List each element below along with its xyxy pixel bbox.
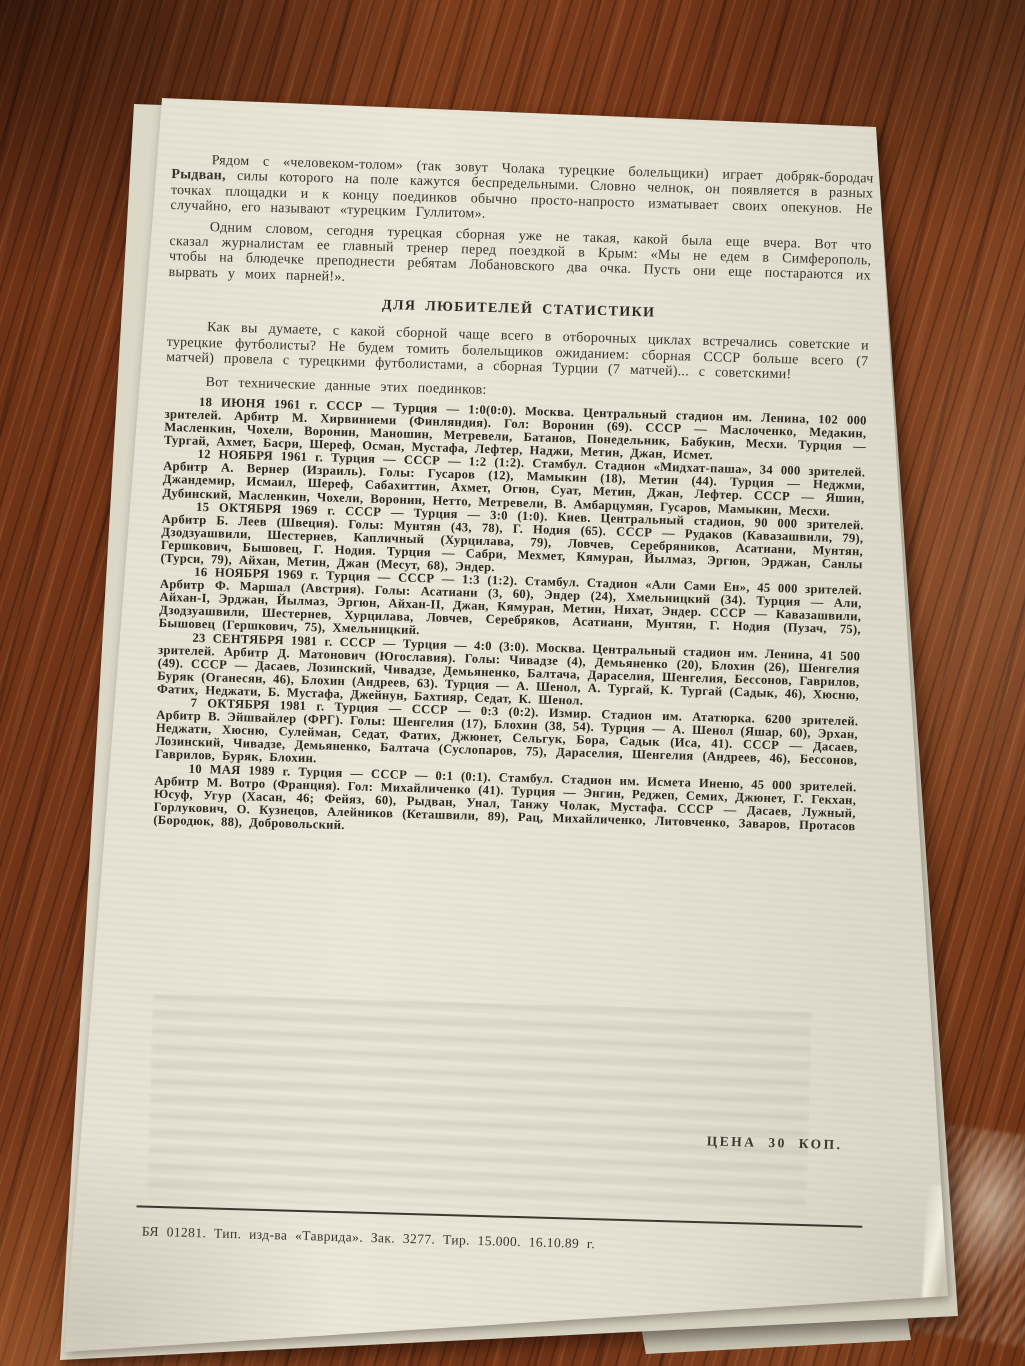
intro-paragraph-3: Как вы думаете, с какой сборной чаще все… (166, 319, 869, 385)
page-edge-crease (922, 1184, 956, 1300)
match-details: СССР — Турция — 3:0 (1:0). Киев. Централ… (160, 504, 864, 575)
imprint-line: БЯ 01281. Тип. изд-ва «Таврида». Зак. 32… (142, 1224, 844, 1260)
match-list: 18 ИЮНЯ 1961 г. СССР — Турция — 1:0(0:0)… (153, 395, 867, 847)
photo-of-programme-page: { "page": { "paragraph1": { "before": "Р… (0, 0, 1025, 1366)
programme-page: Рядом с «человеком-толом» (так зовут Чол… (0, 0, 1025, 1366)
player-name-bold: Рыдван, (171, 167, 226, 184)
show-through-text (147, 994, 812, 1218)
match-details: СССР — Турция — 4:0 (3:0). Москва. Центр… (157, 634, 861, 707)
page-shadow: Рядом с «человеком-толом» (так зовут Чол… (0, 0, 1025, 1366)
intro-section: Рядом с «человеком-толом» (так зовут Чол… (168, 152, 873, 300)
printed-content: Рядом с «человеком-толом» (так зовут Чол… (153, 152, 874, 846)
intro-paragraph-2: Одним словом, сегодня турецкая сборная у… (168, 219, 871, 300)
